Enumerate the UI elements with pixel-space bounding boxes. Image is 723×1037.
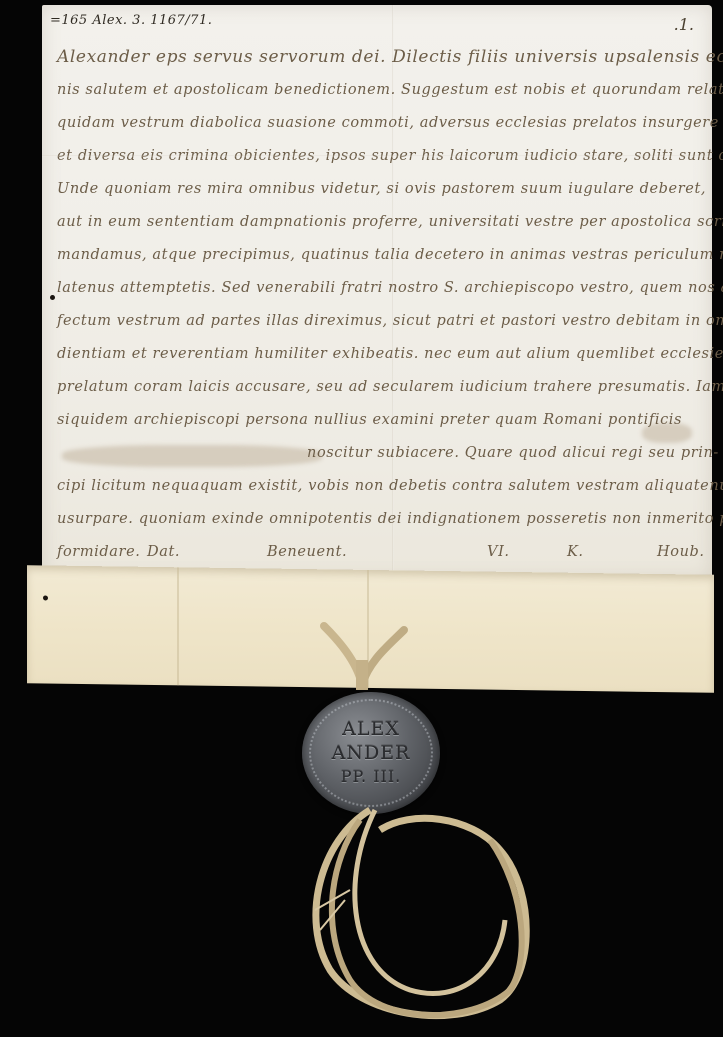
pin-hole [43, 595, 48, 600]
seal-inscription-line: PP. III. [341, 765, 402, 789]
text-line: prelatum coram laicis accusare, seu ad s… [57, 371, 707, 404]
lead-seal-bulla: ALEX ANDER PP. III. [302, 692, 440, 814]
parchment-sheet: =165 Alex. 3. 1167/71. .1. Alexander eps… [42, 5, 712, 580]
text-line: usurpare. quoniam exinde omnipotentis de… [57, 503, 707, 536]
text-line: Alexander eps servus servorum dei. Dilec… [57, 41, 707, 74]
folio-mark: .1. [674, 15, 694, 34]
text-line: aut in eum sententiam dampnationis profe… [57, 206, 707, 239]
place-name: Beneuent. [267, 536, 487, 569]
text-line: nis salutem et apostolicam benedictionem… [57, 74, 707, 107]
pin-hole [50, 295, 55, 300]
text-line: formidare. [57, 536, 147, 569]
month-name: Houb. [657, 536, 705, 569]
silk-cord-attachment-icon [318, 620, 410, 690]
text-line: et diversa eis crimina obicientes, ipsos… [57, 140, 707, 173]
text-line: cipi licitum nequaquam existit, vobis no… [57, 470, 707, 503]
text-line: fectum vestrum ad partes illas direximus… [57, 305, 707, 338]
text-line: noscitur subiacere. Quare quod alicui re… [57, 437, 707, 470]
kalends-mark: K. [567, 536, 657, 569]
seal-inscription-line: ALEX [342, 717, 400, 741]
text-line: siquidem archiepiscopi persona nullius e… [57, 404, 707, 437]
cord-loop-icon [300, 800, 540, 1037]
text-line: mandamus, atque precipimus, quatinus tal… [57, 239, 707, 272]
dating-clause: formidare. Dat. Beneuent. VI. K. Houb. [57, 536, 707, 569]
day-numeral: VI. [487, 536, 567, 569]
archival-note: =165 Alex. 3. 1167/71. [50, 13, 212, 28]
seal-inscription-line: ANDER [332, 741, 411, 765]
text-line: Unde quoniam res mira omnibus videtur, s… [57, 173, 707, 206]
text-line: quidam vestrum diabolica suasione commot… [57, 107, 707, 140]
fold-crease [177, 567, 179, 685]
text-line: dientiam et reverentiam humiliter exhibe… [57, 338, 707, 371]
charter-text: Alexander eps servus servorum dei. Dilec… [57, 41, 707, 569]
dat-abbrev: Dat. [147, 536, 267, 569]
text-line: latenus attemptetis. Sed venerabili frat… [57, 272, 707, 305]
